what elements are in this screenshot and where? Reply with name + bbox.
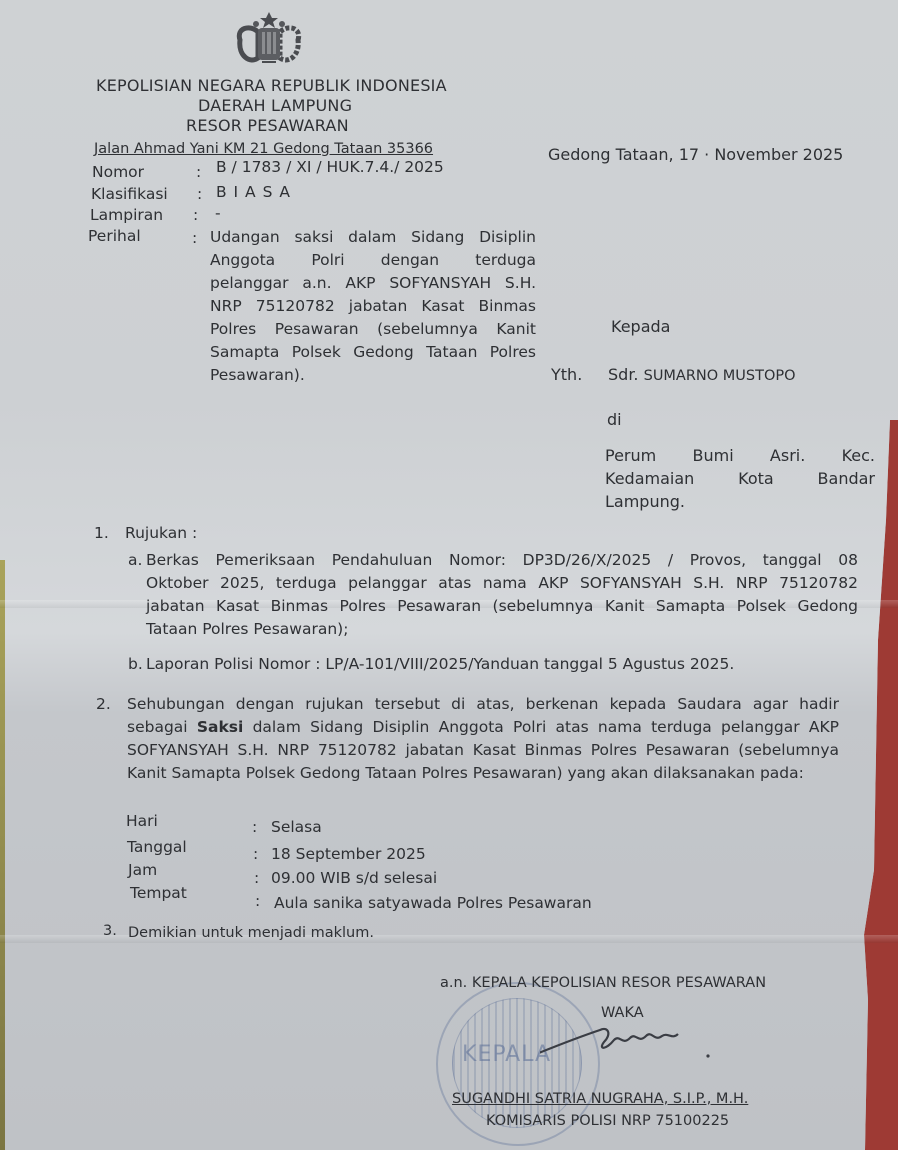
stamp-label: KEPALA	[462, 1042, 551, 1067]
letterhead-address: Jalan Ahmad Yani KM 21 Gedong Tataan 353…	[94, 140, 433, 158]
police-crest-icon	[228, 10, 310, 72]
paragraph-1-title: Rujukan :	[125, 524, 197, 542]
schedule-label-hari: Hari	[126, 812, 158, 830]
item-a-text: Berkas Pemeriksaan Pendahuluan Nomor: DP…	[146, 549, 858, 641]
schedule-value-jam: 09.00 WIB s/d selesai	[271, 869, 437, 887]
klasifikasi-value: B I A S A	[216, 183, 291, 201]
schedule-value-hari: Selasa	[271, 818, 322, 836]
paragraph-1-number: 1.	[94, 524, 109, 542]
colon: :	[193, 206, 198, 224]
signatory-rank-nrp: KOMISARIS POLISI NRP 75100225	[486, 1112, 729, 1130]
colon: :	[197, 185, 202, 203]
lampiran-label: Lampiran	[90, 206, 163, 224]
kepada-label: Kepada	[611, 318, 670, 336]
perihal-text: Udangan saksi dalam Sidang Disiplin Angg…	[210, 226, 536, 387]
paragraph-2-text: Sehubungan dengan rujukan tersebut di at…	[127, 693, 839, 785]
letterhead-institution: KEPOLISIAN NEGARA REPUBLIK INDONESIA	[96, 77, 447, 95]
item-b-label: b.	[128, 655, 143, 673]
item-a-label: a.	[128, 551, 142, 569]
schedule-value-tanggal: 18 September 2025	[271, 845, 426, 863]
di-label: di	[607, 411, 622, 429]
item-b-text: Laporan Polisi Nomor : LP/A-101/VIII/202…	[146, 655, 734, 673]
signature-on-behalf: a.n. KEPALA KEPOLISIAN RESOR PESAWARAN	[440, 974, 766, 992]
letterhead-region: DAERAH LAMPUNG	[198, 97, 352, 115]
letterhead-unit: RESOR PESAWARAN	[186, 117, 349, 135]
colon: :	[255, 892, 260, 910]
saksi-emphasis: Saksi	[197, 718, 243, 736]
handwritten-signature-icon	[540, 1020, 720, 1080]
schedule-label-tempat: Tempat	[130, 884, 187, 902]
paragraph-3-number: 3.	[103, 922, 117, 940]
yth-label: Yth.	[551, 366, 582, 384]
colon: :	[254, 869, 259, 887]
schedule-value-tempat: Aula sanika satyawada Polres Pesawaran	[274, 894, 592, 912]
colon: :	[196, 163, 201, 181]
paragraph-2-number: 2.	[96, 695, 111, 713]
lampiran-value: -	[215, 204, 221, 222]
perihal-label: Perihal	[88, 227, 141, 245]
colon: :	[253, 845, 258, 863]
colon: :	[252, 818, 257, 836]
recipient-address: Perum Bumi Asri. Kec. Kedamaian Kota Ban…	[605, 444, 875, 513]
colon: :	[192, 229, 197, 247]
nomor-label: Nomor	[92, 163, 144, 181]
recipient-name: Sdr. SUMARNO MUSTOPO	[608, 366, 796, 385]
schedule-label-tanggal: Tanggal	[127, 838, 187, 856]
signatory-name: SUGANDHI SATRIA NUGRAHA, S.I.P., M.H.	[452, 1090, 748, 1108]
schedule-label-jam: Jam	[128, 861, 157, 879]
paper-edge-shadow	[0, 560, 5, 1150]
nomor-value: B / 1783 / XI / HUK.7.4./ 2025	[216, 158, 444, 176]
paragraph-3-text: Demikian untuk menjadi maklum.	[128, 924, 374, 942]
klasifikasi-label: Klasifikasi	[91, 185, 168, 203]
place-date: Gedong Tataan, 17 · November 2025	[548, 146, 843, 164]
